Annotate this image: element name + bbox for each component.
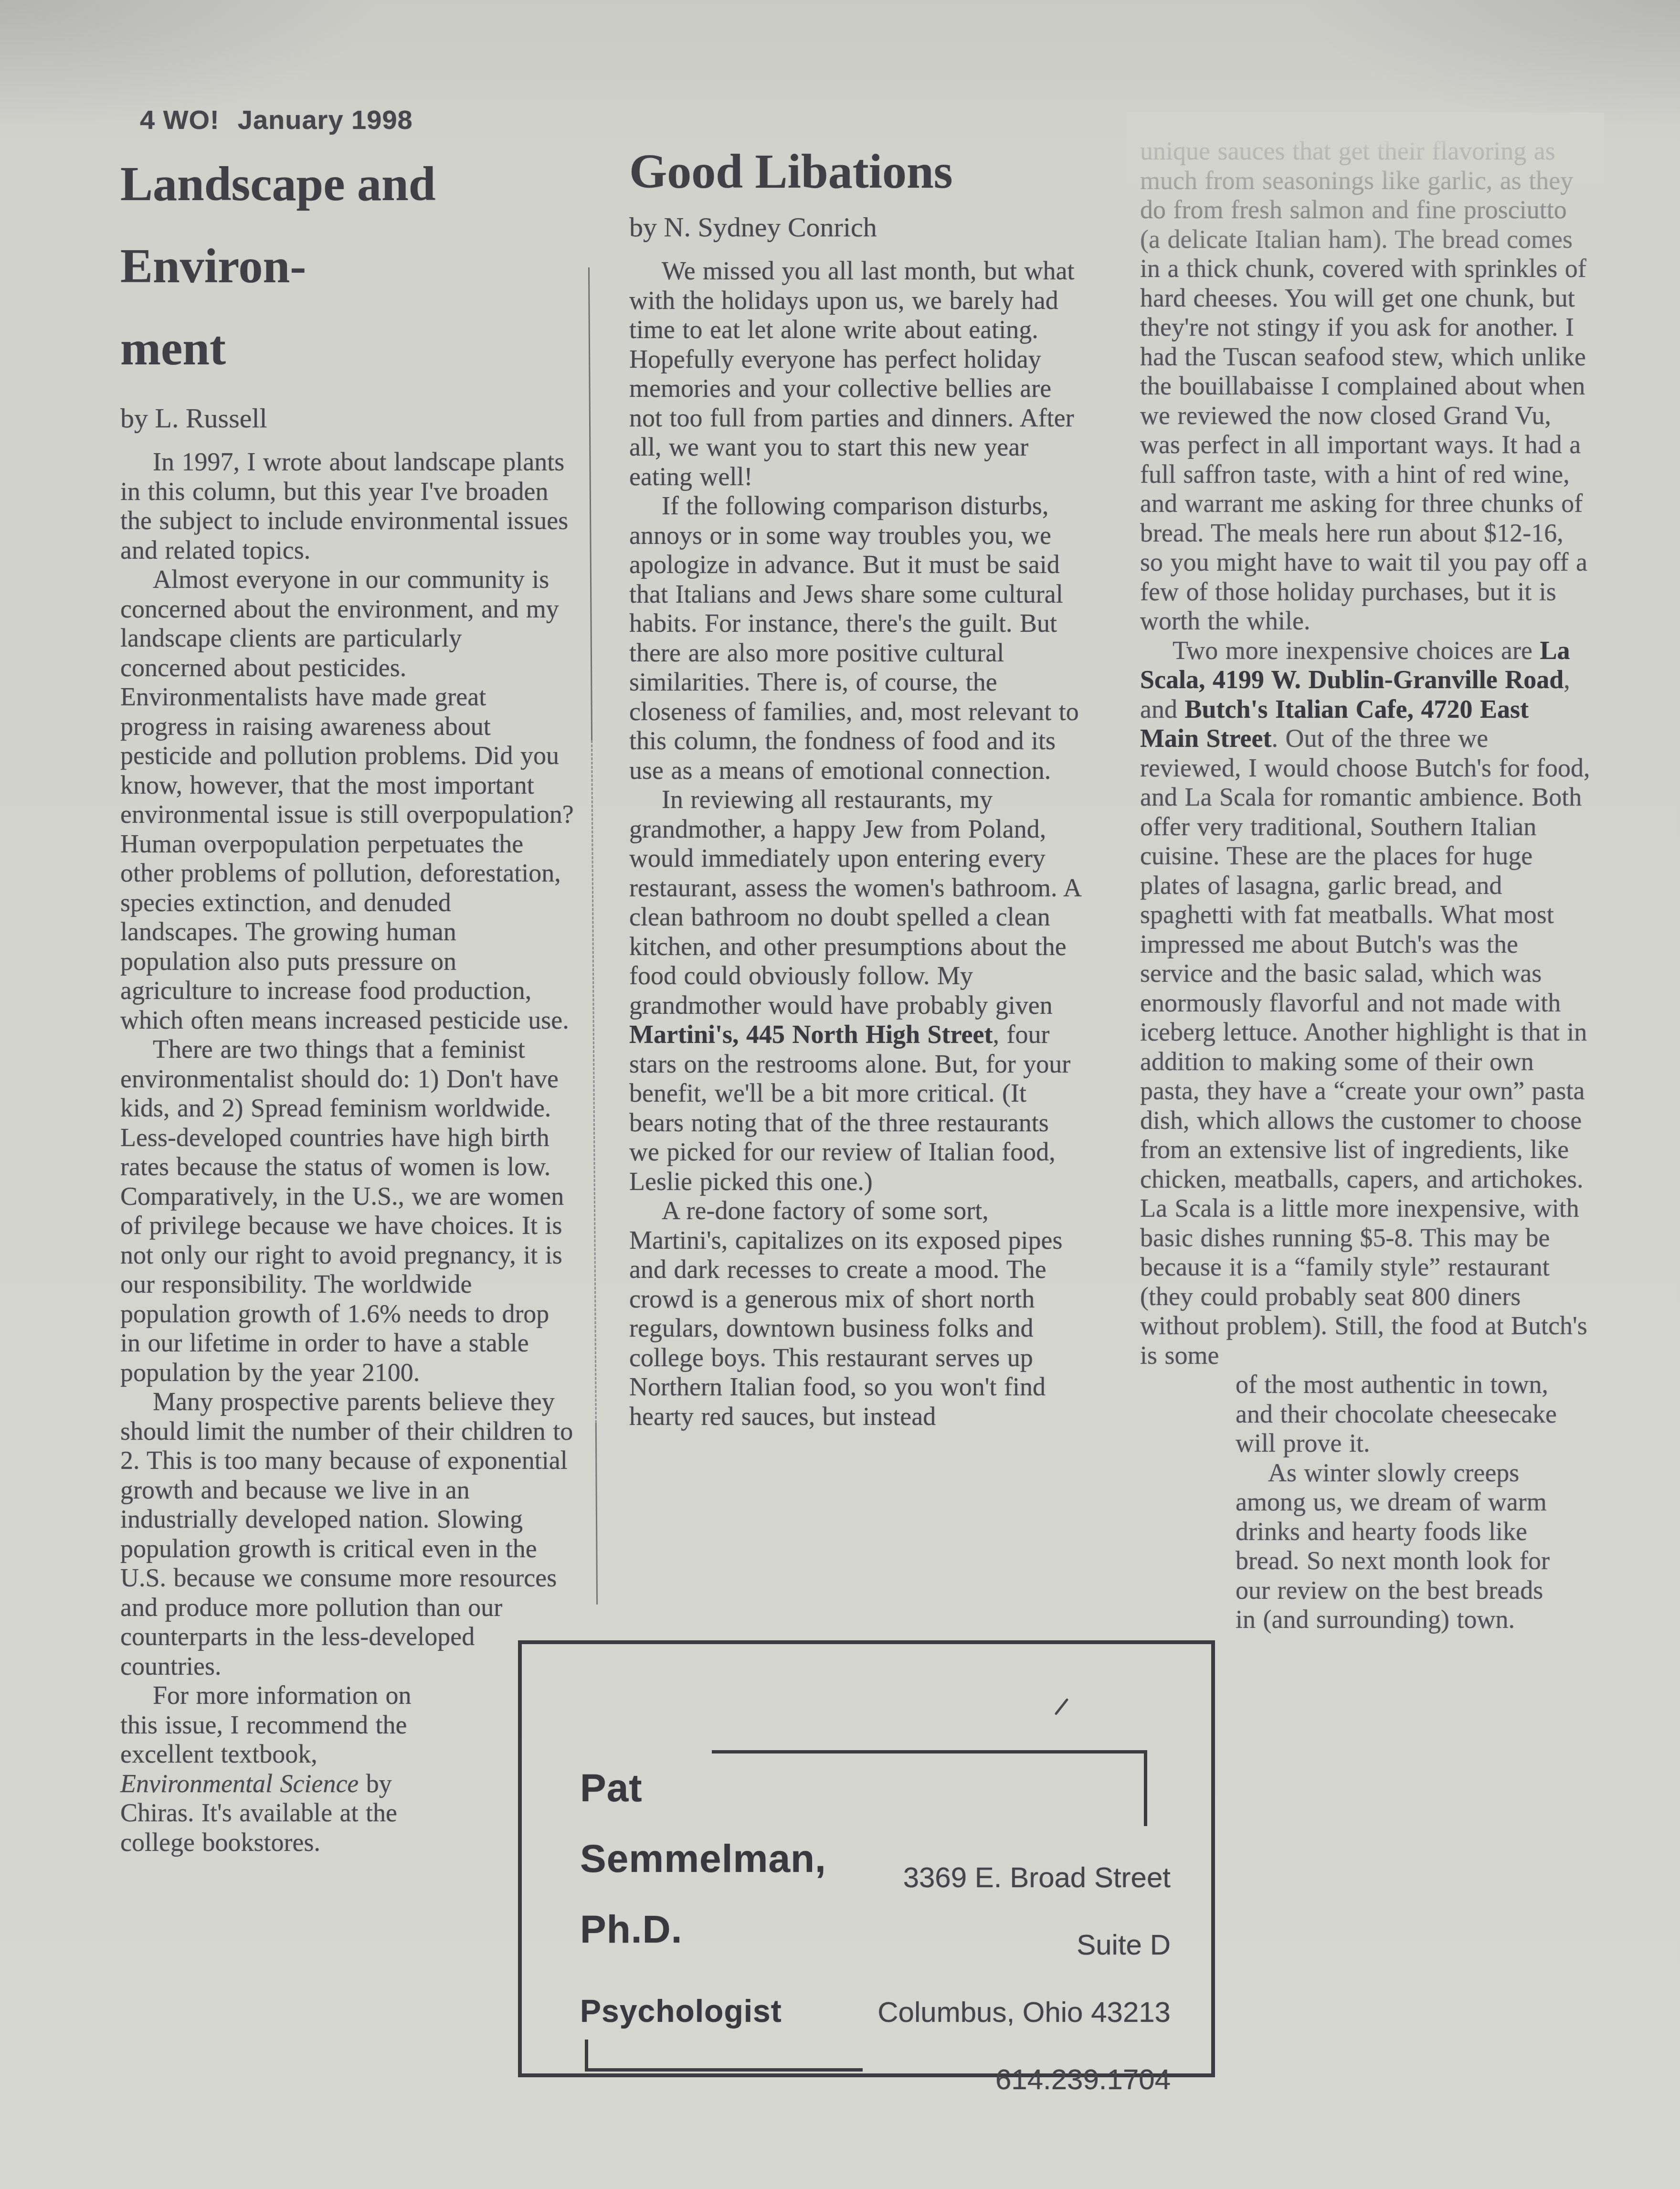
ad-name-line2: Semmelman, [580, 1824, 826, 1894]
divider-dashed-middle [591, 740, 597, 1423]
page-number-label: 4 WO! [140, 105, 220, 135]
column-divider [588, 267, 598, 1605]
article1-title-line2: ment [120, 308, 574, 390]
psychologist-ad-box: Pat Semmelman, Ph.D. Psychologist 3369 E… [518, 1640, 1215, 2077]
paragraph: As winter slowly creeps among us, we dre… [1236, 1458, 1570, 1635]
article1-title-line1: Landscape and Environ- [120, 143, 574, 308]
ad-name-line3: Ph.D. [580, 1894, 826, 1965]
column-landscape-article: Landscape and Environ- ment by L. Russel… [120, 143, 574, 1857]
article2-body-continued: unique sauces that get their flavoring a… [1140, 137, 1594, 1635]
issue-date: January 1998 [238, 105, 413, 135]
paragraph: of the most authentic in town, and their… [1236, 1370, 1570, 1458]
paragraph: A re-done factory of some sort, Martini'… [629, 1196, 1083, 1431]
divider-solid-bottom [595, 1423, 598, 1605]
paragraph: If the following comparison disturbs, an… [629, 491, 1083, 785]
ad-bracket-bottom [585, 2040, 863, 2072]
divider-solid-top [588, 267, 592, 740]
page-header: 4 WO!January 1998 [140, 104, 413, 135]
article1-byline: by L. Russell [120, 402, 574, 434]
article2-body: We missed you all last month, but what w… [629, 256, 1083, 1431]
ad-address: 3369 E. Broad Street Suite D Columbus, O… [877, 1844, 1171, 2113]
ad-stray-mark [1055, 1698, 1069, 1715]
ad-address-suite: Suite D [877, 1911, 1171, 1978]
paragraph: unique sauces that get their flavoring a… [1140, 137, 1594, 636]
article1-title: Landscape and Environ- ment [120, 143, 574, 390]
paragraph: In 1997, I wrote about landscape plants … [120, 447, 574, 565]
ad-phone: 614.239.1704 [877, 2046, 1171, 2113]
paragraph: There are two things that a feminist env… [120, 1035, 574, 1387]
paragraph: Many prospective parents believe they sh… [120, 1387, 574, 1681]
column-libations-article: Good Libations by N. Sydney Conrich We m… [629, 143, 1083, 1431]
ad-role: Psychologist [580, 1993, 782, 2029]
paragraph: Two more inexpensive choices are La Scal… [1140, 636, 1594, 1371]
article2-title: Good Libations [629, 143, 1083, 201]
paragraph: In reviewing all restaurants, my grandmo… [629, 785, 1083, 1196]
paragraph: For more information on this issue, I re… [120, 1681, 450, 1857]
ad-name: Pat Semmelman, Ph.D. [580, 1753, 826, 1965]
paragraph: We missed you all last month, but what w… [629, 256, 1083, 491]
ad-name-line1: Pat [580, 1753, 826, 1824]
ad-address-street: 3369 E. Broad Street [877, 1844, 1171, 1911]
article2-byline: by N. Sydney Conrich [629, 211, 1083, 243]
ad-address-city: Columbus, Ohio 43213 [877, 1978, 1171, 2046]
column-libations-continuation: unique sauces that get their flavoring a… [1140, 123, 1594, 1635]
article1-body: In 1997, I wrote about landscape plants … [120, 447, 574, 1857]
paragraph: Almost everyone in our community is conc… [120, 565, 574, 1035]
newsletter-page: 4 WO!January 1998 Landscape and Environ-… [0, 0, 1680, 2189]
